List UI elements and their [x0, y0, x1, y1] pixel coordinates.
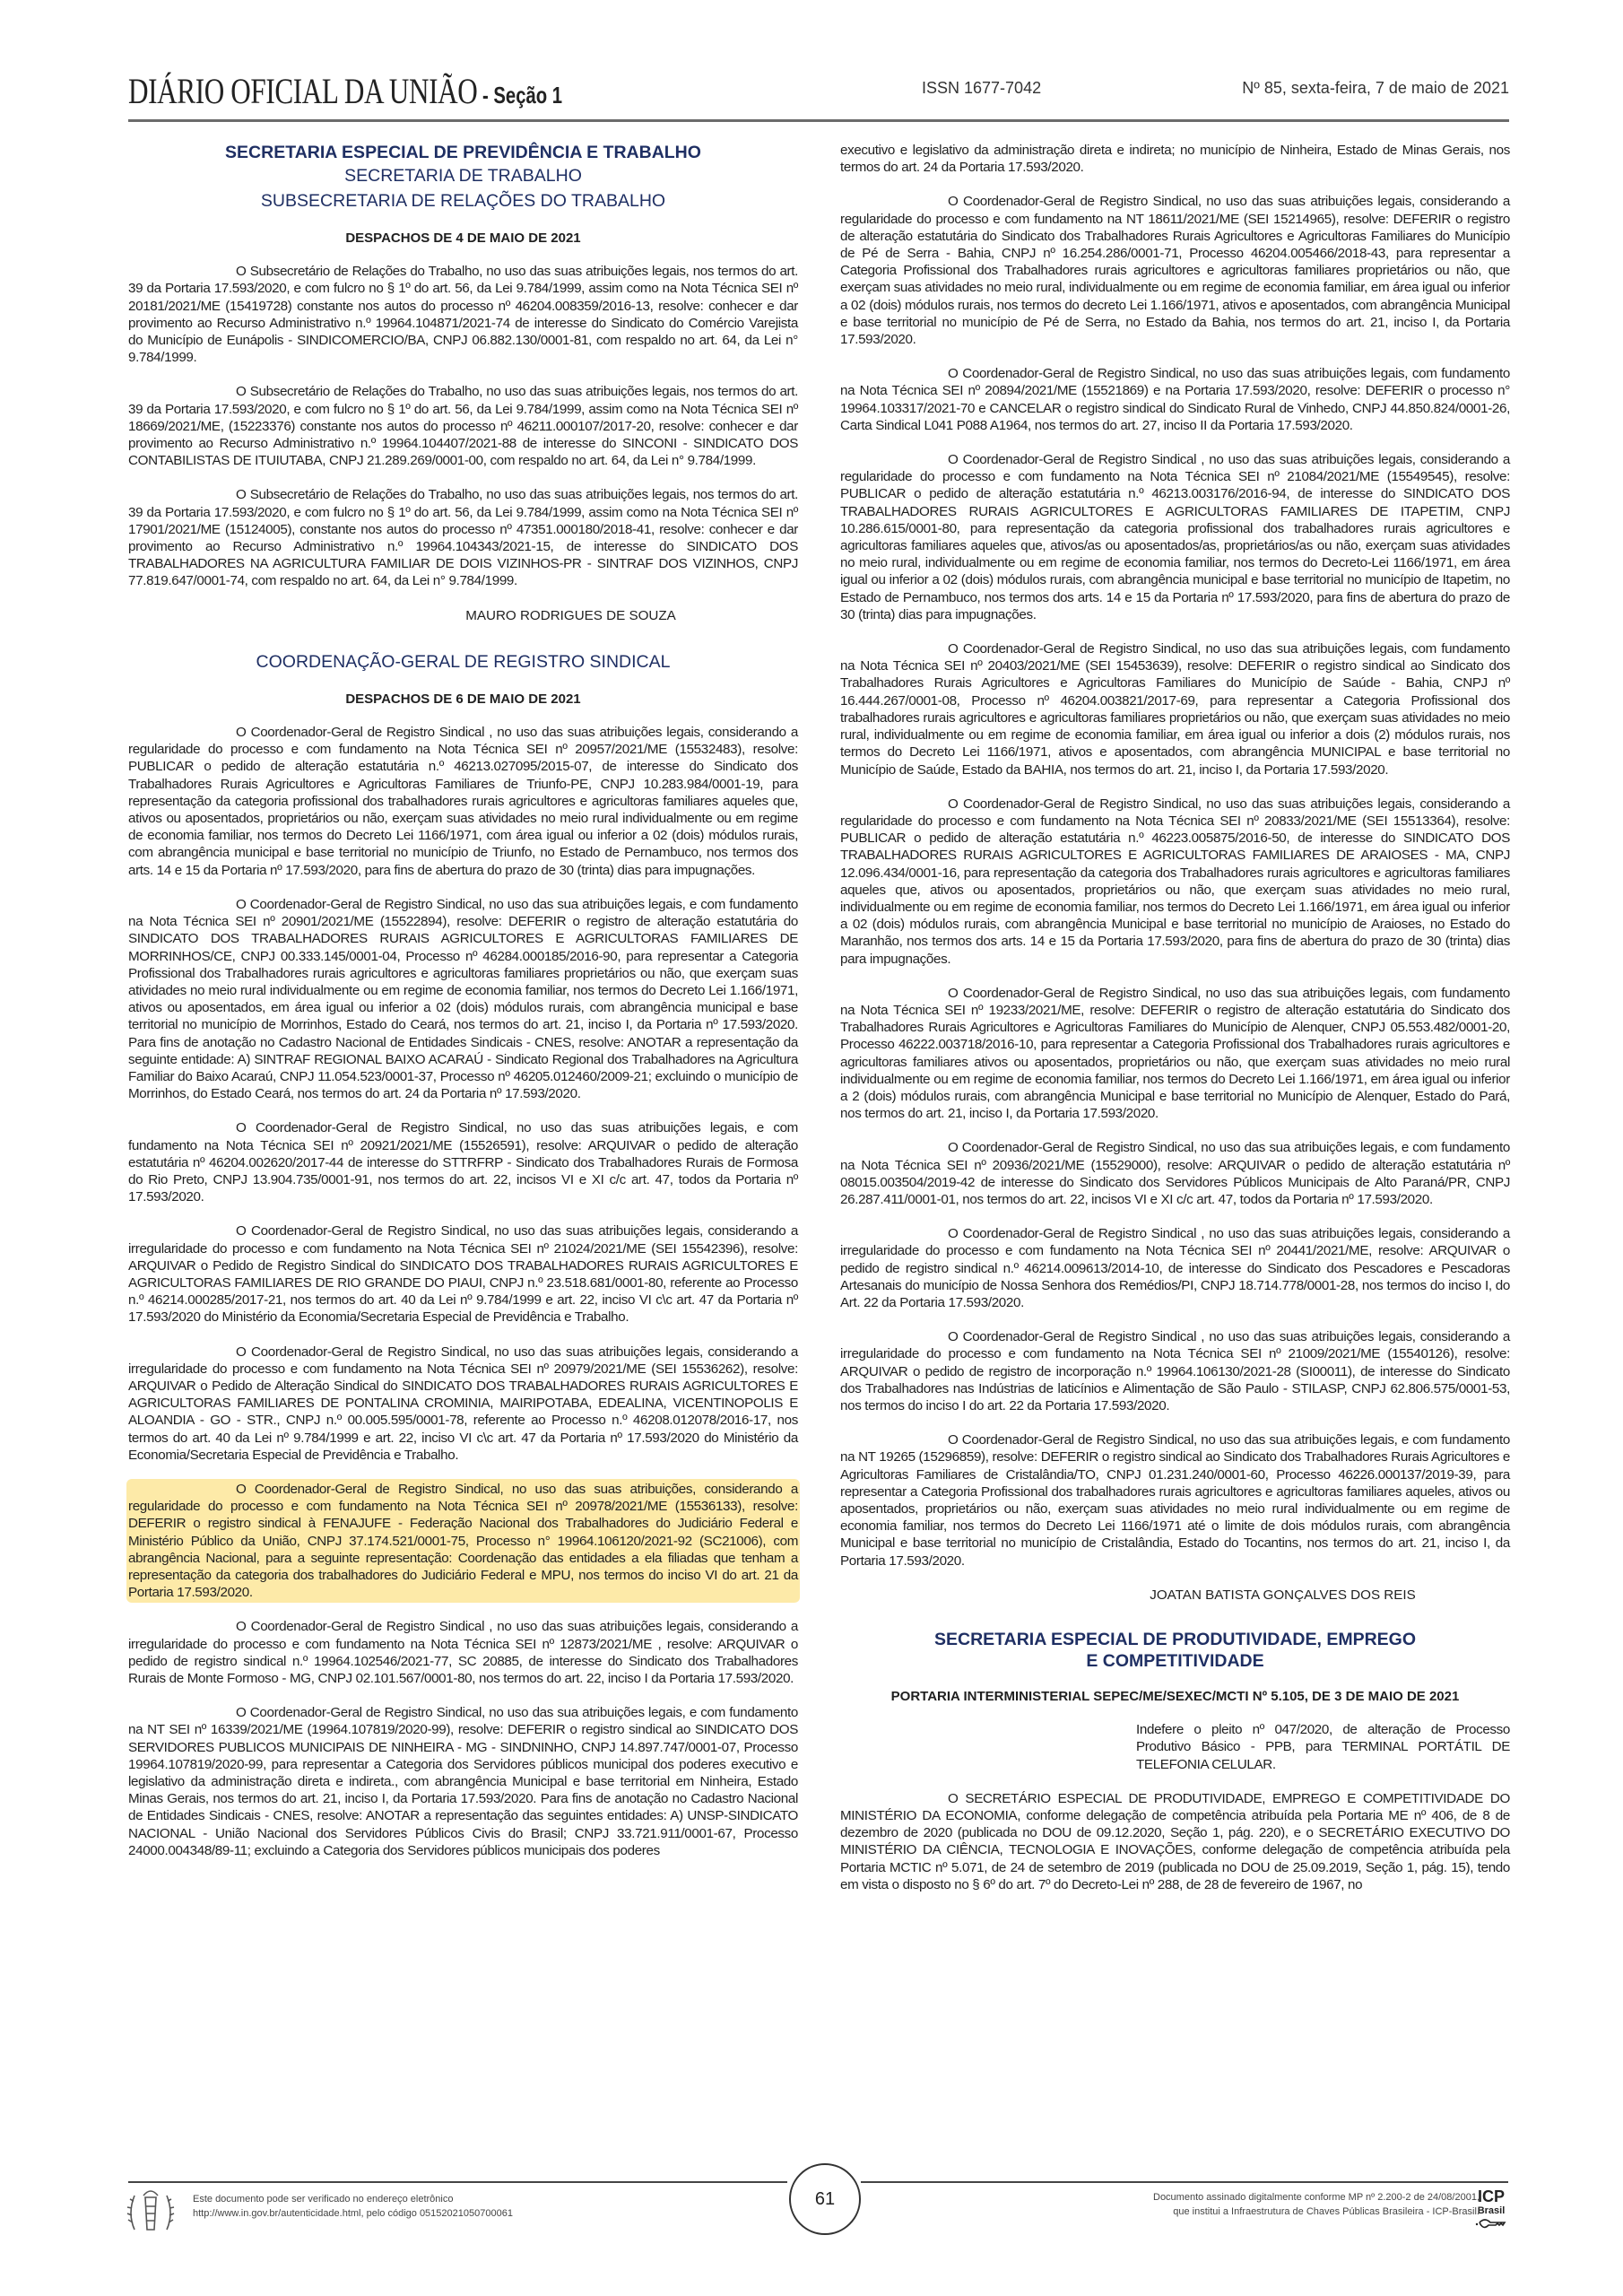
- page-number-text: 61: [815, 2189, 835, 2210]
- despacho-paragraph: O Coordenador-Geral de Registro Sindical…: [128, 1344, 798, 1464]
- verification-note: Este documento pode ser verificado no en…: [193, 2192, 513, 2221]
- svg-text:Brasil: Brasil: [1478, 2205, 1506, 2216]
- issn: ISSN 1677-7042: [922, 79, 1041, 98]
- icp-brasil-key-icon: ICP Brasil: [1472, 2187, 1510, 2231]
- republic-emblem-icon: [126, 2187, 176, 2239]
- org-heading-sub2: SUBSECRETARIA DE RELAÇÕES DO TRABALHO: [128, 188, 798, 213]
- portaria-title: PORTARIA INTERMINISTERIAL SEPEC/ME/SEXEC…: [840, 1688, 1510, 1705]
- newspaper-title: DIÁRIO OFICIAL DA UNIÃO - Seção 1: [128, 70, 562, 112]
- despacho-paragraph: O Coordenador-Geral de Registro Sindical…: [128, 1704, 798, 1859]
- despacho-paragraph: O Coordenador-Geral de Registro Sindical…: [128, 1119, 798, 1205]
- despacho-paragraph: O Coordenador-Geral de Registro Sindical…: [840, 451, 1510, 623]
- org-heading-sub1: SECRETARIA DE TRABALHO: [128, 163, 798, 188]
- signature: MAURO RODRIGUES DE SOUZA: [128, 607, 798, 624]
- despachos-heading: DESPACHOS DE 4 DE MAIO DE 2021: [128, 230, 798, 247]
- issue-date: Nº 85, sexta-feira, 7 de maio de 2021: [1242, 79, 1509, 98]
- signature-note-line1: Documento assinado digitalmente conforme…: [1153, 2190, 1480, 2205]
- verification-line1: Este documento pode ser verificado no en…: [193, 2192, 513, 2206]
- despacho-paragraph: O Subsecretário de Relações do Trabalho,…: [128, 383, 798, 469]
- left-column: SECRETARIA ESPECIAL DE PREVIDÊNCIA E TRA…: [128, 142, 798, 1876]
- despacho-paragraph: O Subsecretário de Relações do Trabalho,…: [128, 486, 798, 589]
- masthead: DIÁRIO OFICIAL DA UNIÃO - Seção 1 ISSN 1…: [128, 54, 1509, 122]
- despacho-paragraph: O Coordenador-Geral de Registro Sindical…: [840, 640, 1510, 778]
- footer-rule-left: [128, 2181, 787, 2183]
- despachos-heading: DESPACHOS DE 6 DE MAIO DE 2021: [128, 691, 798, 708]
- despacho-paragraph: O Coordenador-Geral de Registro Sindical…: [840, 796, 1510, 968]
- digital-signature-note: Documento assinado digitalmente conforme…: [1153, 2190, 1480, 2219]
- despacho-paragraph: O Coordenador-Geral de Registro Sindical…: [840, 193, 1510, 348]
- despacho-paragraph: O Coordenador-Geral de Registro Sindical…: [840, 1431, 1510, 1570]
- despacho-paragraph: O Coordenador-Geral de Registro Sindical…: [128, 896, 798, 1102]
- despacho-paragraph: O Subsecretário de Relações do Trabalho,…: [128, 263, 798, 366]
- despacho-paragraph: O Coordenador-Geral de Registro Sindical…: [128, 1618, 798, 1687]
- org-heading-sepec-line1: SECRETARIA ESPECIAL DE PRODUTIVIDADE, EM…: [840, 1629, 1510, 1650]
- right-column: executivo e legislativo da administração…: [840, 142, 1510, 1910]
- title-text: DIÁRIO OFICIAL DA UNIÃO: [128, 71, 477, 111]
- continuation-paragraph: executivo e legislativo da administração…: [840, 142, 1510, 176]
- svg-text:ICP: ICP: [1478, 2187, 1505, 2205]
- despacho-paragraph: O Coordenador-Geral de Registro Sindical…: [128, 724, 798, 879]
- ementa: Indefere o pleito nº 047/2020, de altera…: [1136, 1721, 1510, 1773]
- despacho-paragraph: O Coordenador-Geral de Registro Sindical…: [840, 365, 1510, 434]
- despacho-paragraph: O Coordenador-Geral de Registro Sindical…: [840, 1139, 1510, 1208]
- despacho-paragraph: O Coordenador-Geral de Registro Sindical…: [128, 1222, 798, 1326]
- signature-note-line2: que institui a Infraestrutura de Chaves …: [1153, 2205, 1480, 2219]
- portaria-paragraph: O SECRETÁRIO ESPECIAL DE PRODUTIVIDADE, …: [840, 1790, 1510, 1893]
- footer-rule-right: [861, 2181, 1508, 2183]
- org-heading-main: SECRETARIA ESPECIAL DE PREVIDÊNCIA E TRA…: [128, 142, 798, 163]
- page-number: 61: [789, 2163, 861, 2235]
- verification-url[interactable]: http://www.in.gov.br/autenticidade.html,…: [193, 2206, 513, 2221]
- signature: JOATAN BATISTA GONÇALVES DOS REIS: [840, 1587, 1510, 1604]
- org-heading-sepec-line2: E COMPETITIVIDADE: [840, 1650, 1510, 1672]
- despacho-paragraph: O Coordenador-Geral de Registro Sindical…: [840, 1225, 1510, 1311]
- highlighted-paragraph[interactable]: O Coordenador-Geral de Registro Sindical…: [128, 1481, 798, 1601]
- despacho-paragraph: O Coordenador-Geral de Registro Sindical…: [840, 1328, 1510, 1414]
- section-label: - Seção 1: [477, 82, 562, 109]
- org-heading-coordenacao: COORDENAÇÃO-GERAL DE REGISTRO SINDICAL: [128, 649, 798, 674]
- despacho-paragraph: O Coordenador-Geral de Registro Sindical…: [840, 985, 1510, 1123]
